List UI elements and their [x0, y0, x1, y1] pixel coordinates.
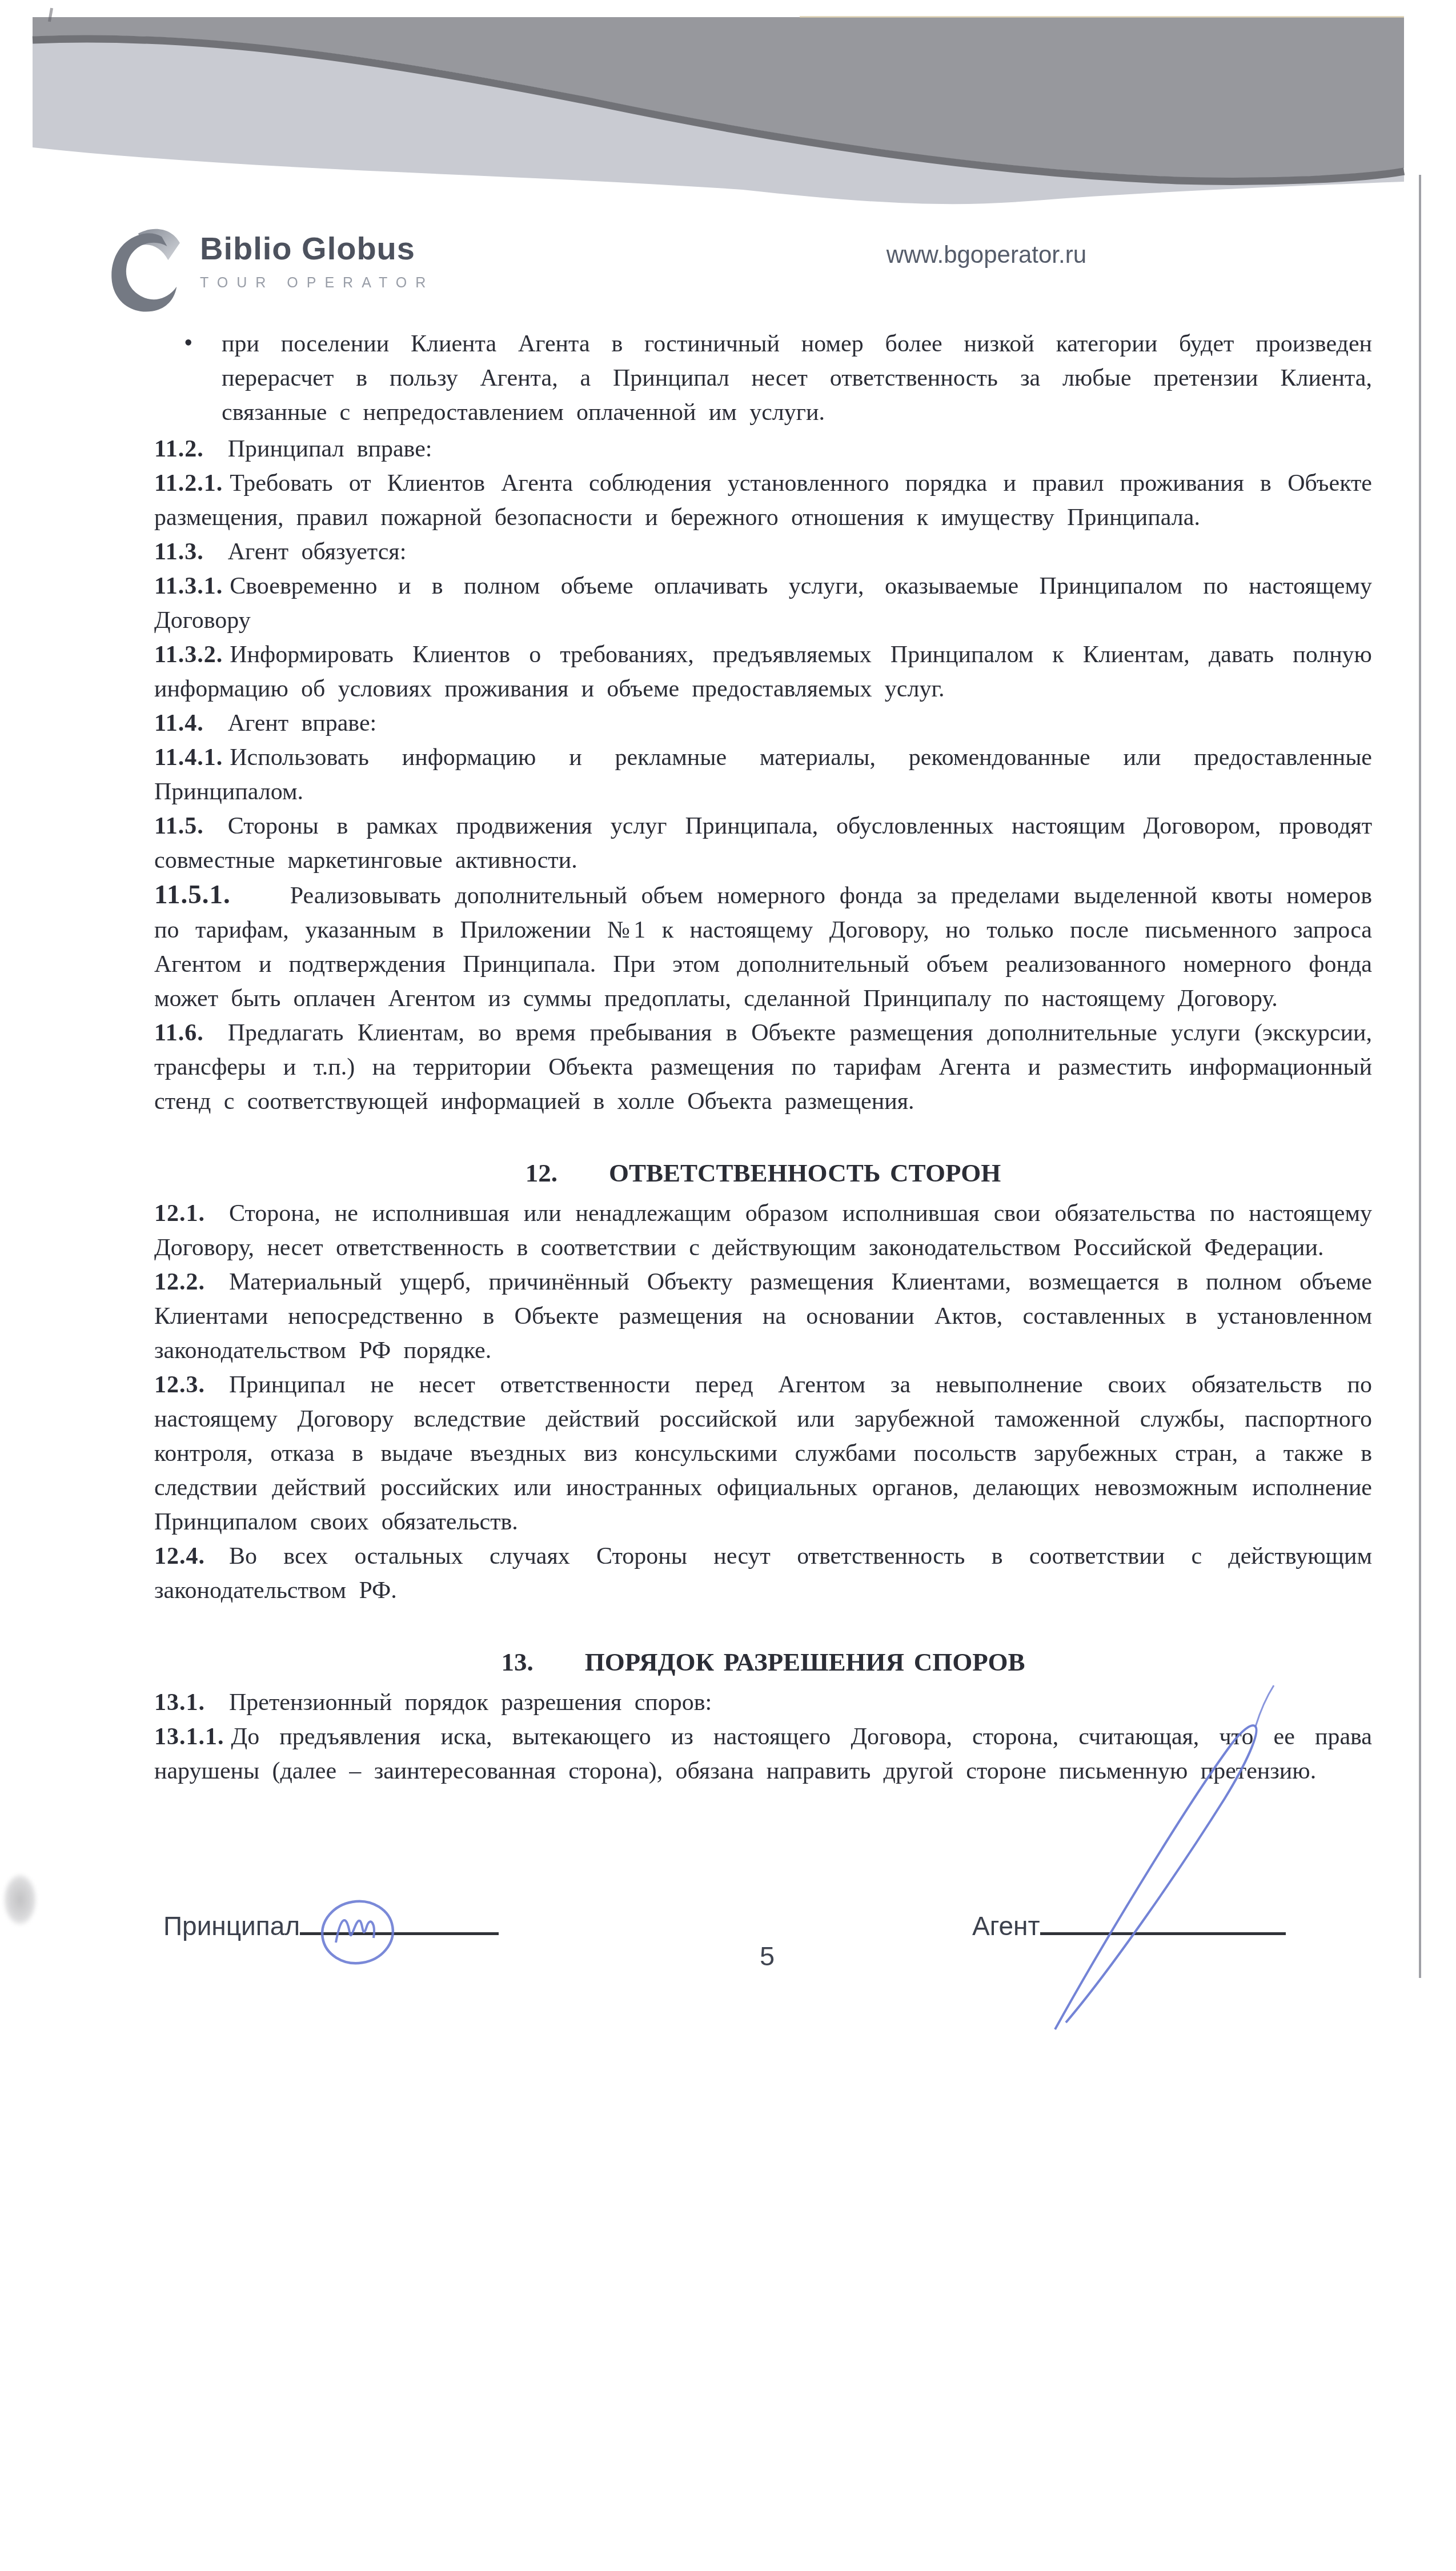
logo-title: Biblio Globus: [200, 230, 434, 267]
clause-12-4: 12.4.Во всех остальных случаях Стороны н…: [154, 1539, 1372, 1608]
document-body: •при поселении Клиента Агента в гостинич…: [154, 327, 1372, 1788]
section-number: 12.: [526, 1159, 557, 1187]
clause-number: 13.1.1.: [154, 1724, 231, 1750]
header-wave-banner: [0, 0, 1456, 240]
scan-artifact-smudge: [3, 1874, 37, 1925]
principal-signature-line: [300, 1911, 499, 1935]
clause-number: 11.3.: [154, 539, 228, 565]
principal-signature-block: Принципал: [163, 1911, 499, 1941]
clause-11-5-1: 11.5.1.Реализовывать дополнительный объе…: [154, 878, 1372, 1016]
section-title: ПОРЯДОК РАЗРЕШЕНИЯ СПОРОВ: [585, 1648, 1025, 1676]
clause-13-1-1: 13.1.1.До предъявления иска, вытекающего…: [154, 1720, 1372, 1788]
bullet-item: •при поселении Клиента Агента в гостинич…: [154, 327, 1372, 430]
clause-11-4-1: 11.4.1.Использовать информацию и рекламн…: [154, 740, 1372, 809]
scanned-contract-page: Biblio Globus TOUR OPERATOR www.bgoperat…: [0, 0, 1456, 2571]
clause-number: 11.3.2.: [154, 642, 230, 668]
clause-number: 11.6.: [154, 1020, 228, 1046]
letterhead: Biblio Globus TOUR OPERATOR www.bgoperat…: [104, 222, 1275, 319]
clause-number: 12.2.: [154, 1269, 229, 1295]
agent-signature-block: Агент: [972, 1911, 1286, 1941]
signature-footer: Принципал Агент: [154, 1911, 1297, 1956]
bullet-icon: •: [184, 326, 192, 360]
clause-11-3-2: 11.3.2.Информировать Клиентов о требован…: [154, 638, 1372, 706]
clause-11-2-1: 11.2.1.Требовать от Клиентов Агента собл…: [154, 466, 1372, 535]
clause-11-2: 11.2.Принципал вправе:: [154, 432, 1372, 466]
clause-11-3-1: 11.3.1.Своевременно и в полном объеме оп…: [154, 569, 1372, 638]
agent-label: Агент: [972, 1911, 1040, 1941]
agent-signature-line: [1040, 1911, 1286, 1935]
principal-label: Принципал: [163, 1911, 300, 1941]
clause-number: 11.2.: [154, 436, 228, 462]
clause-number: 11.5.1.: [154, 880, 290, 910]
clause-number: 13.1.: [154, 1689, 229, 1716]
clause-number: 11.2.1.: [154, 470, 230, 496]
website-url: www.bgoperator.ru: [887, 241, 1086, 269]
section-heading: 12.ОТВЕТСТВЕННОСТЬ СТОРОН: [154, 1154, 1372, 1192]
clause-11-4: 11.4.Агент вправе:: [154, 706, 1372, 740]
clause-number: 12.1.: [154, 1200, 229, 1227]
page-number: 5: [760, 1940, 775, 1972]
clause-12-3: 12.3.Принципал не несет ответственности …: [154, 1368, 1372, 1539]
logo-text: Biblio Globus TOUR OPERATOR: [200, 230, 434, 291]
scan-artifact-vertical-line: [1419, 175, 1421, 1978]
clause-number: 11.4.1.: [154, 744, 230, 771]
biblio-globus-logo-icon: [104, 222, 190, 318]
logo-subtitle: TOUR OPERATOR: [200, 275, 434, 291]
section-number: 13.: [502, 1648, 534, 1676]
clause-number: 12.3.: [154, 1372, 229, 1398]
clause-13-1: 13.1.Претензионный порядок разрешения сп…: [154, 1685, 1372, 1720]
clause-number: 11.3.1.: [154, 573, 230, 599]
clause-12-1: 12.1.Сторона, не исполнившая или ненадле…: [154, 1196, 1372, 1265]
clause-11-5: 11.5.Стороны в рамках продвижения услуг …: [154, 809, 1372, 878]
scan-edge-tint: [800, 16, 1404, 18]
section-heading: 13.ПОРЯДОК РАЗРЕШЕНИЯ СПОРОВ: [154, 1643, 1372, 1681]
section-title: ОТВЕТСТВЕННОСТЬ СТОРОН: [609, 1159, 1001, 1187]
clause-11-6: 11.6.Предлагать Клиентам, во время пребы…: [154, 1016, 1372, 1119]
clause-number: 11.5.: [154, 813, 228, 839]
clause-number: 11.4.: [154, 710, 228, 736]
clause-11-3: 11.3.Агент обязуется:: [154, 535, 1372, 569]
clause-number: 12.4.: [154, 1543, 229, 1569]
clause-12-2: 12.2.Материальный ущерб, причинённый Объ…: [154, 1265, 1372, 1368]
